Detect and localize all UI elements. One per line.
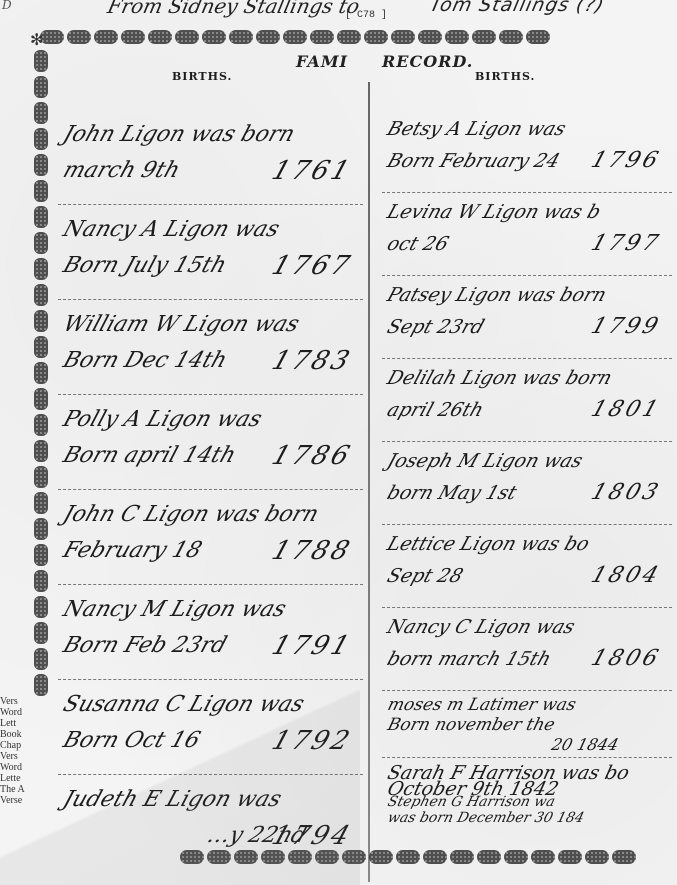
birth-entry: Patsey Ligon was born Sept 23rd 1799 bbox=[382, 276, 672, 359]
ornament-icon bbox=[34, 362, 48, 384]
margin-print-fragment: Vers Word Lett Book Chap Vers Word Lette… bbox=[0, 696, 25, 806]
entry-date: Born Oct 16 bbox=[60, 728, 203, 753]
birth-entry: Nancy M Ligon was Born Feb 23rd 1791 bbox=[58, 585, 363, 680]
ornament-icon bbox=[418, 30, 442, 44]
ornament-icon bbox=[34, 206, 48, 228]
entry-name: John C Ligon was born bbox=[60, 502, 322, 527]
ornament-icon bbox=[34, 622, 48, 644]
birth-entry: Delilah Ligon was born april 26th 1801 bbox=[382, 359, 672, 442]
ornament-icon bbox=[94, 30, 118, 44]
ornament-icon bbox=[423, 850, 447, 864]
corner-mark: D bbox=[2, 0, 12, 12]
birth-entry: Susanna C Ligon was Born Oct 16 1792 bbox=[58, 680, 363, 775]
ornament-icon bbox=[612, 850, 636, 864]
ornament-icon bbox=[34, 674, 48, 696]
ornament-icon bbox=[34, 102, 48, 124]
ornament-icon bbox=[234, 850, 258, 864]
entry-date: april 26th bbox=[384, 399, 486, 421]
margin-word: Book bbox=[0, 729, 25, 740]
ornament-icon bbox=[477, 850, 501, 864]
column-heading-births-right: BIRTHS. bbox=[475, 70, 535, 83]
entry-date: Sept 28 bbox=[384, 565, 465, 587]
ornament-icon bbox=[337, 30, 361, 44]
margin-word: Lett bbox=[0, 718, 25, 729]
entry-year: 1797 bbox=[588, 231, 664, 256]
entry-year: 1788 bbox=[268, 536, 356, 566]
entry-year: 1806 bbox=[588, 646, 664, 671]
entry-name: moses m Latimer was bbox=[386, 695, 579, 715]
entry-name: Levina W Ligon was b bbox=[384, 201, 603, 223]
entry-year: 1799 bbox=[588, 314, 664, 339]
ornament-icon bbox=[34, 310, 48, 332]
ornament-icon bbox=[288, 850, 312, 864]
entry-name: John Ligon was born bbox=[60, 122, 298, 147]
top-ornamental-border bbox=[40, 30, 550, 44]
margin-word: Verse bbox=[0, 795, 25, 806]
ornament-icon bbox=[175, 30, 199, 44]
birth-entry: Lettice Ligon was bo Sept 28 1804 bbox=[382, 525, 672, 608]
entry-date: march 9th bbox=[60, 158, 183, 183]
ornament-icon bbox=[34, 336, 48, 358]
entry-date: Born February 24 bbox=[384, 150, 562, 172]
birth-entry-later-addition: moses m Latimer was Born november the 20… bbox=[382, 691, 672, 758]
ornament-icon bbox=[34, 50, 48, 72]
entry-date: oct 26 bbox=[384, 233, 451, 255]
ornament-icon bbox=[342, 850, 366, 864]
column-heading-births-left: BIRTHS. bbox=[172, 70, 232, 83]
ornament-icon bbox=[558, 850, 582, 864]
entry-date: born May 1st bbox=[384, 482, 519, 504]
entry-name: Nancy A Ligon was bbox=[60, 217, 283, 242]
entry-year: 1801 bbox=[588, 397, 664, 422]
entry-date: Born Feb 23rd bbox=[60, 633, 230, 658]
entry-name: Judeth E Ligon was bbox=[60, 787, 285, 812]
ornament-icon bbox=[396, 850, 420, 864]
archive-reference-stamp: [ C78 ] bbox=[345, 10, 387, 21]
margin-word: The A bbox=[0, 784, 25, 795]
bottom-ornamental-border bbox=[180, 850, 636, 864]
ornament-icon bbox=[202, 30, 226, 44]
ornament-icon bbox=[229, 30, 253, 44]
ornament-icon bbox=[34, 258, 48, 280]
left-ornamental-border bbox=[34, 50, 48, 696]
birth-entry: Levina W Ligon was b oct 26 1797 bbox=[382, 193, 672, 276]
entry-year: 1804 bbox=[588, 563, 664, 588]
birth-entry: Polly A Ligon was Born april 14th 1786 bbox=[58, 395, 363, 490]
scanned-family-record-page: D From Sidney Stallings to Tom Stallings… bbox=[0, 0, 677, 885]
ornament-icon bbox=[34, 544, 48, 566]
entry-date: Born July 15th bbox=[60, 253, 230, 278]
ornament-icon bbox=[180, 850, 204, 864]
ornament-icon bbox=[40, 30, 64, 44]
entry-date: Born Dec 14th bbox=[60, 348, 230, 373]
entry-year: 1767 bbox=[268, 251, 356, 281]
entry-name: Stephen G Harrison wa bbox=[386, 794, 557, 810]
entry-year: 1803 bbox=[588, 480, 664, 505]
ornament-icon bbox=[261, 850, 285, 864]
entry-year: 20 1844 bbox=[550, 735, 621, 754]
column-divider bbox=[368, 82, 370, 882]
birth-entry: Joseph M Ligon was born May 1st 1803 bbox=[382, 442, 672, 525]
ornament-icon bbox=[256, 30, 280, 44]
entry-date: Born april 14th bbox=[60, 443, 239, 468]
ornament-icon bbox=[364, 30, 388, 44]
entry-year: 1791 bbox=[268, 631, 356, 661]
ornament-icon bbox=[499, 30, 523, 44]
ornament-icon bbox=[34, 492, 48, 514]
entry-year: 1794 bbox=[268, 821, 356, 851]
birth-entry: Nancy C Ligon was born march 15th 1806 bbox=[382, 608, 672, 691]
ornament-icon bbox=[445, 30, 469, 44]
margin-word: Vers bbox=[0, 696, 25, 707]
entry-date: born march 15th bbox=[384, 648, 554, 670]
ornament-icon bbox=[34, 518, 48, 540]
page-title-part-1: FAMI bbox=[296, 52, 348, 71]
entry-name: Susanna C Ligon was bbox=[60, 692, 307, 717]
ornament-icon bbox=[34, 414, 48, 436]
ornament-icon bbox=[34, 180, 48, 202]
ornament-icon bbox=[585, 850, 609, 864]
entry-year: 1796 bbox=[588, 148, 664, 173]
birth-entry: Nancy A Ligon was Born July 15th 1767 bbox=[58, 205, 363, 300]
entry-date: was born December 30 184 bbox=[386, 810, 586, 826]
page-title-part-2: RECORD. bbox=[382, 52, 473, 71]
entry-name: Joseph M Ligon was bbox=[384, 450, 585, 472]
margin-word: Word bbox=[0, 762, 25, 773]
ornament-icon bbox=[121, 30, 145, 44]
ornament-icon bbox=[34, 232, 48, 254]
entry-year: 1792 bbox=[268, 726, 356, 756]
handwritten-provenance-note-right: Tom Stallings (?) bbox=[428, 0, 607, 16]
ornament-icon bbox=[504, 850, 528, 864]
ornament-icon bbox=[391, 30, 415, 44]
ornament-icon bbox=[34, 284, 48, 306]
margin-word: Chap bbox=[0, 740, 25, 751]
ornament-icon bbox=[34, 388, 48, 410]
births-column-left: John Ligon was born march 9th 1761 Nancy… bbox=[58, 110, 363, 869]
ornament-icon bbox=[315, 850, 339, 864]
birth-entry-later-addition: Sarah F Harrison was bo October 9th 1842… bbox=[382, 758, 672, 834]
ornament-icon bbox=[34, 76, 48, 98]
ornament-icon bbox=[148, 30, 172, 44]
entry-name: Nancy M Ligon was bbox=[60, 597, 289, 622]
births-column-right: Betsy A Ligon was Born February 24 1796 … bbox=[382, 110, 672, 834]
ornament-icon bbox=[67, 30, 91, 44]
ornament-icon bbox=[526, 30, 550, 44]
margin-word: Vers bbox=[0, 751, 25, 762]
handwritten-provenance-note-left: From Sidney Stallings to bbox=[105, 0, 361, 18]
entry-name: Delilah Ligon was born bbox=[384, 367, 614, 389]
margin-word: Lette bbox=[0, 773, 25, 784]
entry-year: 1786 bbox=[268, 441, 356, 471]
ornament-icon bbox=[34, 154, 48, 176]
ornament-icon bbox=[369, 850, 393, 864]
ornament-icon bbox=[531, 850, 555, 864]
entry-name: Patsey Ligon was born bbox=[384, 284, 609, 306]
ornament-icon bbox=[34, 648, 48, 670]
birth-entry: Betsy A Ligon was Born February 24 1796 bbox=[382, 110, 672, 193]
ornament-icon bbox=[34, 596, 48, 618]
margin-word: Word bbox=[0, 707, 25, 718]
ornament-icon bbox=[34, 570, 48, 592]
ornament-icon bbox=[450, 850, 474, 864]
ornament-icon bbox=[34, 440, 48, 462]
ornament-icon bbox=[207, 850, 231, 864]
entry-year: 1761 bbox=[268, 156, 356, 186]
ornament-icon bbox=[472, 30, 496, 44]
entry-name: Lettice Ligon was bo bbox=[384, 533, 592, 555]
birth-entry: John C Ligon was born February 18 1788 bbox=[58, 490, 363, 585]
entry-name: Nancy C Ligon was bbox=[384, 616, 577, 638]
ornament-icon bbox=[34, 128, 48, 150]
birth-entry: John Ligon was born march 9th 1761 bbox=[58, 110, 363, 205]
entry-name: Polly A Ligon was bbox=[60, 407, 265, 432]
entry-name: Betsy A Ligon was bbox=[384, 118, 568, 140]
ornament-icon bbox=[283, 30, 307, 44]
entry-date: Born november the bbox=[386, 715, 557, 735]
entry-year: 1783 bbox=[268, 346, 356, 376]
birth-entry: William W Ligon was Born Dec 14th 1783 bbox=[58, 300, 363, 395]
entry-date: February 18 bbox=[60, 538, 205, 563]
ornament-icon bbox=[310, 30, 334, 44]
entry-name: William W Ligon was bbox=[60, 312, 302, 337]
ornament-icon bbox=[34, 466, 48, 488]
entry-date: Sept 23rd bbox=[384, 316, 487, 338]
